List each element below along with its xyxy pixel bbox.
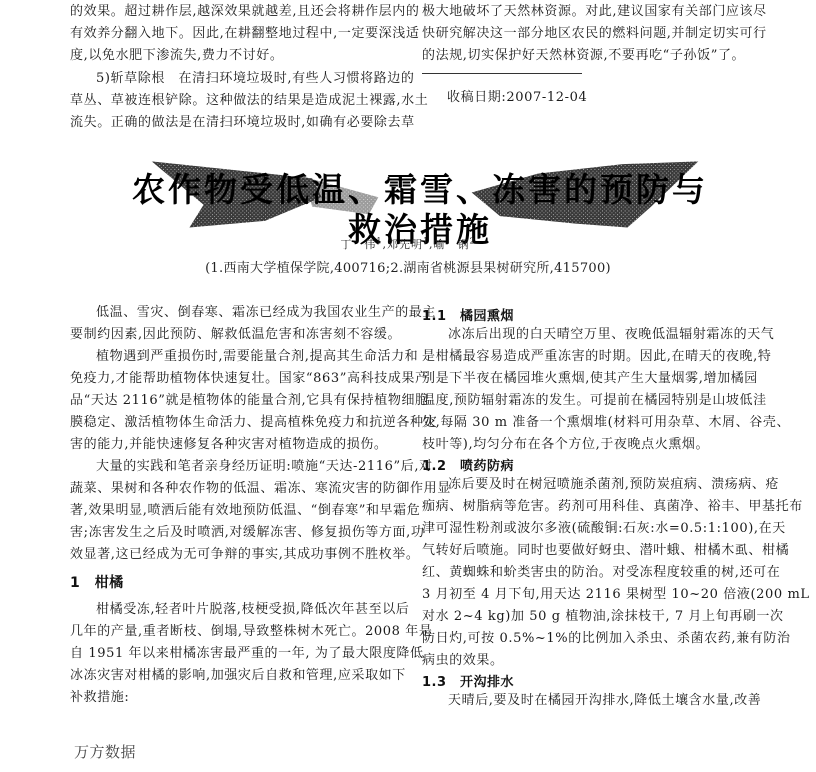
source-watermark: 万方数据: [74, 741, 136, 762]
subsection-heading: 1.3 开沟排水: [422, 671, 514, 690]
affiliations: (1.西南大学植保学院,400716;2.湖南省桃源县果树研究所,415700): [0, 257, 816, 276]
received-date: 收稿日期:2007-12-04: [447, 90, 587, 106]
paragraph-line: 5)斩草除根 在清扫环境垃圾时,有些人习惯将路边的: [70, 71, 416, 87]
paragraph-line: 著,效果明显,喷洒后能有效地预防低温、“倒春寒”和早霜危: [70, 503, 390, 519]
paragraph-line: 免疫力,才能帮助植物体快速复壮。国家“863”高科技成果产: [70, 371, 390, 387]
author-list: 丁 伟1,邓先明1,喻 钢2: [0, 236, 816, 252]
paragraph-line: 的法规,切实保护好天然林资源,不要再吃“子孙饭”了。: [422, 48, 750, 64]
subsection-heading: 1.2 喷药防病: [422, 455, 514, 474]
paragraph-line: 红、黄蜘蛛和蚧类害虫的防治。对受冻程度较重的树,还可在: [422, 565, 750, 581]
paragraph-line: 补救措施:: [70, 690, 390, 706]
subsection-heading: 1.1 橘园熏烟: [422, 305, 514, 324]
paragraph-line: 冻后要及时在树冠喷施杀菌剂,预防炭疽病、溃疡病、疮: [422, 477, 776, 493]
paragraph-line: 枝叶等),均匀分布在各个方位,于夜晚点火熏烟。: [422, 437, 750, 453]
article-title-block: 农作物受低温、霜雪、冻害的预防与救治措施: [125, 150, 715, 240]
paragraph-line: 别是下半夜在橘园堆火熏烟,使其产生大量烟雾,增加橘园: [422, 371, 750, 387]
paragraph-line: 流失。正确的做法是在清扫环境垃圾时,如确有必要除去草: [70, 115, 390, 131]
paragraph-line: 低温、雪灾、倒春寒、霜冻已经成为我国农业生产的最主: [70, 305, 416, 321]
paragraph-line: 病虫的效果。: [422, 653, 750, 669]
paragraph-line: 柑橘受冻,轻者叶片脱落,枝梗受损,降低次年甚至以后: [70, 602, 416, 618]
paragraph-line: 植物遇到严重损伤时,需要能量合剂,提高其生命活力和: [70, 349, 416, 365]
paragraph-line: 品“天达 2116”就是植物体的能量合剂,它具有保持植物细胞: [70, 393, 390, 409]
paragraph-line: 津可湿性粉剂或波尔多液(硫酸铜:石灰:水=0.5:1:100),在天: [422, 521, 750, 537]
paragraph-line: 害;冻害发生之后及时喷洒,对缓解冻害、修复损伤等方面,功: [70, 525, 390, 541]
paragraph-line: 度,以免水肥下渗流失,费力不讨好。: [70, 48, 390, 64]
paragraph-line: 几年的产量,重者断枝、倒塌,导致整株树木死亡。2008 年是: [70, 624, 390, 640]
paragraph-line: 有效养分翻入地下。因此,在耕翻整地过程中,一定要深浅适: [70, 26, 390, 42]
author-name: 邓先明: [387, 238, 423, 251]
paragraph-line: 3 月初至 4 月下旬,用天达 2116 果树型 10~20 倍液(200 mL: [422, 587, 750, 603]
paragraph-line: 自 1951 年以来柑橘冻害最严重的一年, 为了最大限度降低: [70, 646, 390, 662]
paragraph-line: 天晴后,要及时在橘园开沟排水,降低土壤含水量,改善: [422, 693, 776, 709]
section-heading: 1 柑橘: [70, 572, 124, 592]
paragraph-line: 冰冻灾害对柑橘的影响,加强灾后自救和管理,应采取如下: [70, 668, 390, 684]
paragraph-line: 温度,预防辐射霜冻的发生。可提前在橘园特别是山坡低洼: [422, 393, 750, 409]
author-affil-mark: 2: [470, 236, 476, 245]
author-affil-mark: 1: [376, 236, 382, 245]
paragraph-line: 要制约因素,因此预防、解救低温危害和冻害刻不容缓。: [70, 327, 390, 343]
paragraph-line: 冰冻后出现的白天晴空万里、夜晚低温辐射霜冻的天气: [422, 327, 776, 343]
paragraph-line: 防日灼,可按 0.5%~1%的比例加入杀虫、杀菌农药,兼有防治: [422, 631, 750, 647]
paragraph-line: 蔬菜、果树和各种农作物的低温、霜冻、寒流灾害的防御作用显: [70, 481, 390, 497]
paragraph-line: 的效果。超过耕作层,越深效果就越差,且还会将耕作层内的: [70, 4, 390, 20]
paragraph-line: 快研究解决这一部分地区农民的燃料问题,并制定切实可行: [422, 26, 750, 42]
paragraph-line: 效显著,这已经成为无可争辩的事实,其成功事例不胜枚举。: [70, 547, 390, 563]
author-affil-mark: 1: [423, 236, 429, 245]
paragraph-line: 膜稳定、激活植物体生命活力、提高植株免疫力和抗逆各种灾: [70, 415, 390, 431]
paragraph-line: 极大地破坏了天然林资源。对此,建议国家有关部门应该尽: [422, 4, 750, 20]
paragraph-line: 草丛、草被连根铲除。这种做法的结果是造成泥土裸露,水土: [70, 93, 390, 109]
paragraph-line: 气转好后喷施。同时也要做好蚜虫、潜叶蛾、柑橘木虱、柑橘: [422, 543, 750, 559]
paragraph-line: 对水 2~4 kg)加 50 g 植物油,涂抹枝干, 7 月上旬再刷一次: [422, 609, 750, 625]
paragraph-line: 是柑橘最容易造成严重冻害的时期。因此,在晴天的夜晚,特: [422, 349, 750, 365]
author-name: 喻 钢: [434, 238, 470, 251]
paragraph-line: 痂病、树脂病等危害。药剂可用科佳、真菌净、裕丰、甲基托布: [422, 499, 750, 515]
paragraph-line: 害的能力,并能快速修复各种灾害对植物造成的损伤。: [70, 437, 390, 453]
divider-rule: [422, 73, 582, 74]
paragraph-line: 大量的实践和笔者亲身经历证明:喷施“天达-2116”后,对: [70, 459, 416, 475]
paragraph-line: 处,每隔 30 m 准备一个熏烟堆(材料可用杂草、木屑、谷壳、: [422, 415, 750, 431]
author-name: 丁 伟: [340, 238, 376, 251]
